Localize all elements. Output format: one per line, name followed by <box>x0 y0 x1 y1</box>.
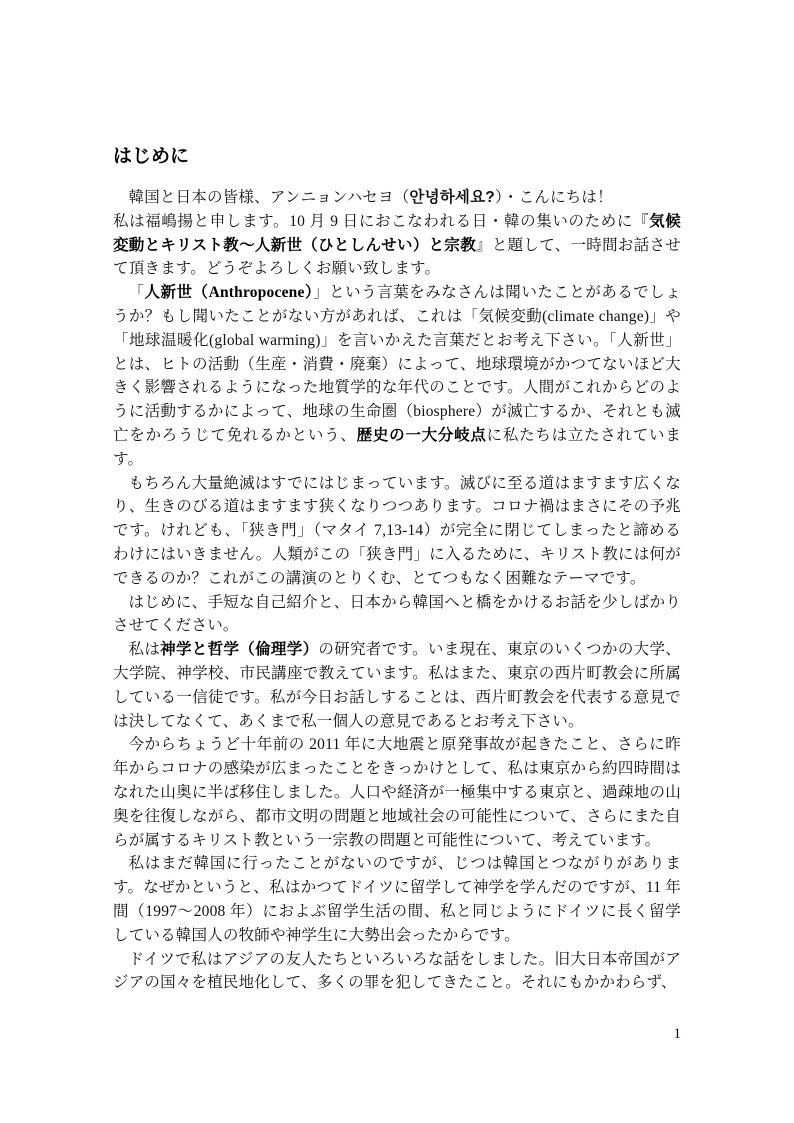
document-content: はじめに 韓国と日本の皆様、アンニョンハセヨ（안녕하세요?）・こんにちは！私は福… <box>113 145 681 995</box>
text-run: はじめに、手短な自己紹介と、日本から韓国へと橋をかけるお話を少しばかりさせてくだ… <box>113 594 681 635</box>
paragraph: ドイツで私はアジアの友人たちといろいろな話をしました。旧大日本帝国がアジアの国々… <box>113 948 681 996</box>
document-page: はじめに 韓国と日本の皆様、アンニョンハセヨ（안녕하세요?）・こんにちは！私は福… <box>0 0 794 1123</box>
text-run: 「 <box>129 284 145 301</box>
text-run: 私はまだ韓国に行ったことがないのですが、じつは韓国とつながりがあります。なぜかと… <box>113 855 681 943</box>
text-run: ドイツで私はアジアの友人たちといろいろな話をしました。旧大日本帝国がアジアの国々… <box>113 951 681 992</box>
text-run: 私は <box>129 641 161 658</box>
bold-run: 歴史の一大分岐点 <box>357 427 487 444</box>
bold-run: 神学と哲学（倫理学） <box>160 641 318 658</box>
document-body: 韓国と日本の皆様、アンニョンハセヨ（안녕하세요?）・こんにちは！私は福嶋揚と申し… <box>113 186 681 995</box>
paragraph: 今からちょうど十年前の 2011 年に大地震と原発事故が起きたこと、さらに昨年か… <box>113 733 681 852</box>
text-run: もちろん大量絶滅はすでにはじまっています。滅びに至る道はますます広くなり、生きの… <box>113 475 681 587</box>
text-run: 韓国と日本の皆様、アンニョンハセヨ（ <box>129 189 410 206</box>
page-number: 1 <box>113 1024 681 1044</box>
paragraph: もちろん大量絶滅はすでにはじまっています。滅びに至る道はますます広くなり、生きの… <box>113 472 681 591</box>
paragraph: 私はまだ韓国に行ったことがないのですが、じつは韓国とつながりがあります。なぜかと… <box>113 852 681 947</box>
paragraph: 私は福嶋揚と申します。10 月 9 日におこなわれる日・韓の集いのために『気候変… <box>113 210 681 281</box>
paragraph: 「人新世（Anthropocene）」という言葉をみなさんは聞いたことがあるでし… <box>113 281 681 471</box>
korean-run: 안녕하세요? <box>409 189 495 206</box>
text-run: 私は福嶋揚と申します。10 月 9 日におこなわれる日・韓の集いのために『 <box>113 213 649 230</box>
text-run: 今からちょうど十年前の 2011 年に大地震と原発事故が起きたこと、さらに昨年か… <box>113 736 681 848</box>
bold-run: 人新世（Anthropocene） <box>145 284 314 301</box>
paragraph: 韓国と日本の皆様、アンニョンハセヨ（안녕하세요?）・こんにちは！ <box>113 186 681 210</box>
page-title: はじめに <box>113 145 681 169</box>
paragraph: 私は神学と哲学（倫理学）の研究者です。いま現在、東京のいくつかの大学、大学院、神… <box>113 638 681 733</box>
paragraph: はじめに、手短な自己紹介と、日本から韓国へと橋をかけるお話を少しばかりさせてくだ… <box>113 591 681 639</box>
text-run: 」という言葉をみなさんは聞いたことがあるでしょうか？もし聞いたことがない方があれ… <box>113 284 681 444</box>
text-run: ）・こんにちは！ <box>495 189 613 206</box>
